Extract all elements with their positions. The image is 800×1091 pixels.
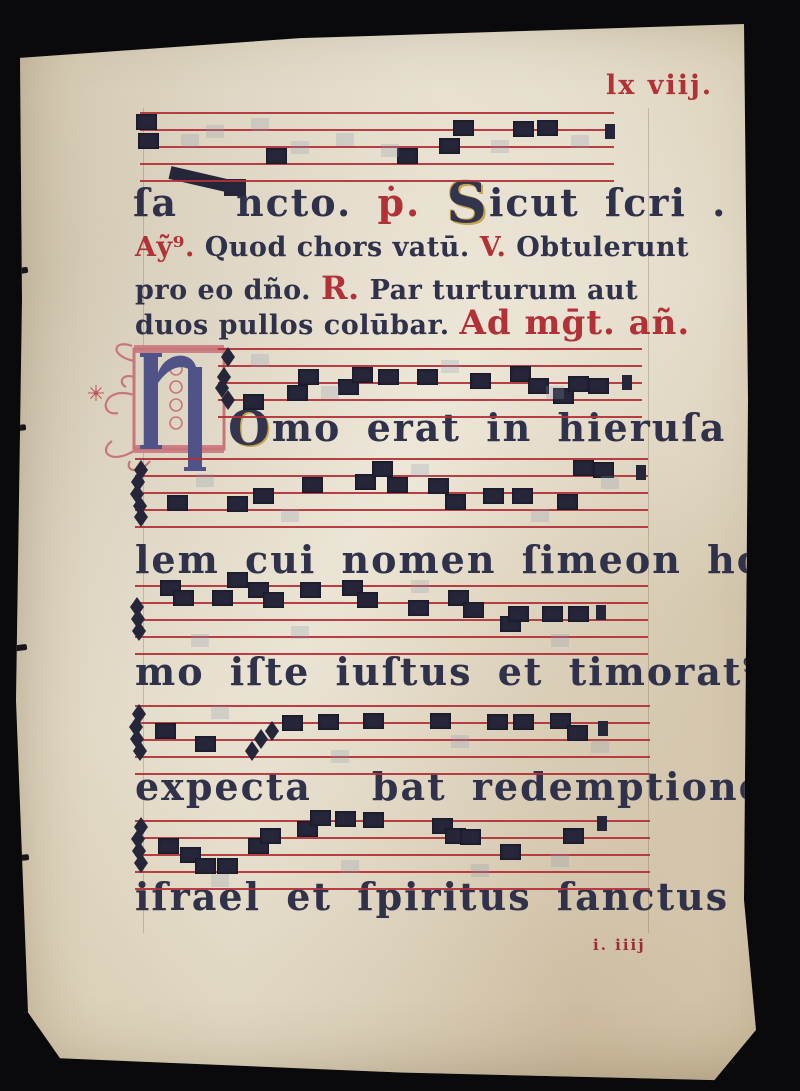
sewing-notch (8, 424, 26, 432)
neume-square (588, 378, 609, 394)
neume-square (260, 828, 281, 844)
neume-square (470, 373, 491, 389)
penwork-star (88, 385, 104, 401)
rubric-body: Obtulerunt (516, 232, 689, 263)
neume-showthrough (551, 854, 569, 867)
neume-showthrough (441, 360, 459, 373)
neume-square (227, 572, 248, 588)
neume-showthrough (411, 580, 429, 593)
photo-background: { "page": { "folio_number": "lx viij.", … (0, 0, 800, 1091)
neume-square (212, 590, 233, 606)
neume-square (363, 812, 384, 828)
neume-square (227, 496, 248, 512)
sewing-notch (10, 267, 29, 275)
staff-line (135, 636, 648, 638)
staff-line (140, 112, 614, 114)
neume-square (512, 488, 533, 504)
sewing-notch (9, 644, 28, 652)
neume-square (563, 828, 584, 844)
neume-square (500, 844, 521, 860)
psalm-mark: ṗ. (377, 180, 421, 225)
staff-line (135, 820, 650, 822)
neume-showthrough (251, 354, 269, 367)
neume-custos (596, 605, 606, 620)
staff-line (135, 854, 650, 856)
neume-square (155, 723, 176, 739)
neume-showthrough (196, 474, 214, 487)
neume-square (378, 369, 399, 385)
neume-showthrough (381, 144, 399, 157)
manuscript-leaf: lx viij. i. iiij ſancto. ṗ. Sicut ſcri .… (0, 0, 800, 1091)
sewing-notch (11, 854, 30, 862)
neume-square (195, 736, 216, 752)
rubric-body: pro eo dño. (135, 275, 311, 306)
neume-square (567, 725, 588, 741)
neume-square (417, 369, 438, 385)
neume-square (138, 133, 159, 149)
staff-line (140, 163, 614, 165)
neume-showthrough (321, 386, 339, 399)
neume-custos (597, 816, 607, 831)
versicle-mark: V. (480, 232, 507, 263)
neume-square (387, 477, 408, 493)
neume-square (428, 478, 449, 494)
neume-showthrough (571, 135, 589, 148)
magnificat-rubric: Ad mḡt. añ. (460, 303, 691, 343)
neume-square (397, 148, 418, 164)
neume-square (352, 367, 373, 383)
lyric-word: mo iſte iuſtus et timorat⁹ (135, 649, 761, 694)
quire-signature: i. iiij (593, 936, 646, 954)
neume-square (568, 376, 589, 392)
neume-square (217, 858, 238, 874)
neume-showthrough (251, 118, 269, 131)
staff-line (135, 653, 648, 655)
neume-square (483, 488, 504, 504)
staff-line (218, 348, 642, 350)
chant-text-line-1: ſancto. ṗ. Sicut ſcri . (133, 180, 727, 225)
response-mark: R. (321, 269, 360, 307)
lyric-word: icut ſcri . (489, 180, 727, 225)
neume-square (557, 494, 578, 510)
neume-square (568, 606, 589, 622)
neume-square (513, 714, 534, 730)
neume-square (335, 811, 356, 827)
neume-square (158, 838, 179, 854)
neume-square (298, 369, 319, 385)
neume-showthrough (591, 740, 609, 753)
neume-square (372, 461, 393, 477)
neume-custos (598, 721, 608, 736)
neume-square (408, 600, 429, 616)
staff-line (218, 399, 642, 401)
rubric-text-line-2: Aỹ⁹. Quod chors vatū. V. Obtulerunt (135, 232, 689, 263)
neume-square (513, 121, 534, 137)
neume-square (266, 148, 287, 164)
neume-showthrough (531, 509, 549, 522)
neume-square (300, 582, 321, 598)
neume-showthrough (546, 386, 564, 399)
neume-showthrough (411, 464, 429, 477)
neume-square (302, 477, 323, 493)
neume-showthrough (601, 476, 619, 489)
neume-showthrough (211, 874, 229, 887)
neume-square (167, 495, 188, 511)
rubric-body: Par turturum aut (370, 275, 639, 306)
neume-square (136, 114, 157, 130)
neume-square (542, 606, 563, 622)
neume-showthrough (451, 735, 469, 748)
staff-line (135, 773, 650, 775)
neume-square (363, 713, 384, 729)
neume-custos (605, 124, 615, 139)
neume-square (243, 394, 264, 410)
staff-line (140, 146, 614, 148)
staff-line (135, 585, 648, 587)
staff-line (135, 888, 650, 890)
neume-custos (622, 375, 632, 390)
neume-showthrough (206, 125, 224, 138)
neume-showthrough (331, 750, 349, 763)
neume-showthrough (471, 864, 489, 877)
neume-showthrough (336, 133, 354, 146)
neume-showthrough (491, 140, 509, 153)
neume-square (537, 120, 558, 136)
illuminated-initial (88, 333, 238, 475)
neume-square (318, 714, 339, 730)
staff-line (218, 365, 642, 367)
neume-square (430, 713, 451, 729)
neume-showthrough (181, 134, 199, 147)
neume-showthrough (291, 626, 309, 639)
neume-square (439, 138, 460, 154)
staff-line (135, 756, 650, 758)
neume-square (282, 715, 303, 731)
neume-showthrough (211, 706, 229, 719)
neume-showthrough (191, 634, 209, 647)
neume-square (445, 494, 466, 510)
neume-showthrough (341, 860, 359, 873)
neume-square (573, 460, 594, 476)
folio-number: lx viij. (606, 70, 713, 101)
neume-square (253, 488, 274, 504)
neume-square (463, 602, 484, 618)
lyric-word: ſa (133, 180, 178, 225)
neume-square (453, 120, 474, 136)
neume-square (287, 385, 308, 401)
neume-square (173, 590, 194, 606)
chant-text-line-7: mo iſte iuſtus et timorat⁹ (135, 649, 761, 694)
lyric-word: ncto. (236, 180, 352, 225)
staff-line (135, 526, 648, 528)
neume-square (195, 858, 216, 874)
neume-showthrough (291, 141, 309, 154)
neume-square (508, 606, 529, 622)
staff-line (218, 416, 642, 418)
alleluia-mark: Aỹ⁹. (135, 232, 195, 263)
neume-square (263, 592, 284, 608)
neume-square (487, 714, 508, 730)
staff-line (140, 180, 614, 182)
neume-showthrough (551, 634, 569, 647)
neume-square (310, 810, 331, 826)
rubric-body: Quod chors vatū. (205, 232, 470, 263)
neume-square (460, 829, 481, 845)
neume-showthrough (281, 509, 299, 522)
neume-custos (636, 465, 646, 480)
rubric-text-line-3: pro eo dño. R. Par turturum aut (135, 269, 638, 307)
initial-letterform (140, 353, 206, 471)
neume-square (357, 592, 378, 608)
